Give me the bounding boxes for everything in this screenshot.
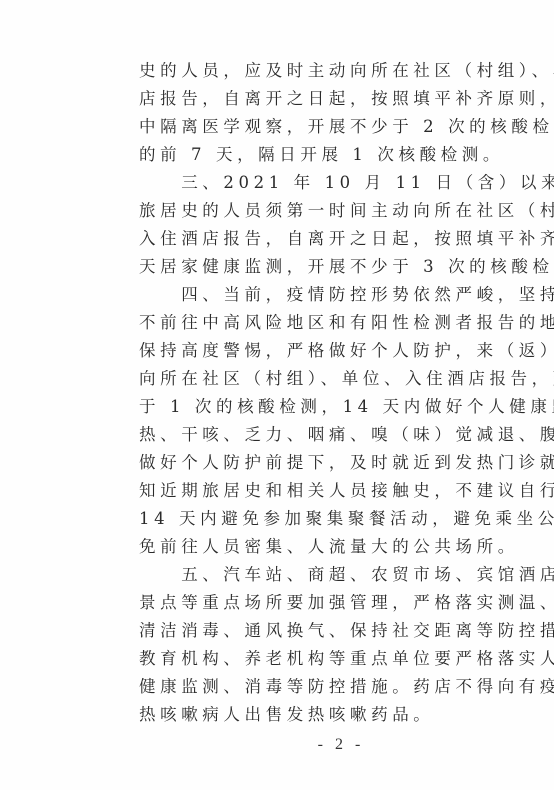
section-five-heading-line: 五、汽车站、商超、农贸市场、宾馆酒店、餐馆、旅游 <box>139 561 539 589</box>
text-line: 史的人员，应及时主动向所在社区（村组）、单位、入住酒 <box>139 57 539 85</box>
text-line: 教育机构、养老机构等重点单位要严格落实人员进出管理、 <box>139 645 539 673</box>
text-line: 天居家健康监测，开展不少于 3 次的核酸检测。 <box>139 253 539 281</box>
document-page: 史的人员，应及时主动向所在社区（村组）、单位、入住酒 店报告，自离开之日起，按照… <box>0 0 554 790</box>
text-line: 免前往人员密集、人流量大的公共场所。 <box>139 533 539 561</box>
text-line: 知近期旅居史和相关人员接触史，不建议自行购买药物服用。 <box>139 477 539 505</box>
page-number: - 2 - <box>0 736 554 754</box>
text-line: 于 1 次的核酸检测，14 天内做好个人健康监测，一旦出现发 <box>139 393 539 421</box>
text-line: 景点等重点场所要加强管理，严格落实测温、扫码、戴口罩、 <box>139 589 539 617</box>
text-line: 14 天内避免参加聚集聚餐活动，避免乘坐公共交通工具，避 <box>139 505 539 533</box>
text-line: 热咳嗽病人出售发热咳嗽药品。 <box>139 701 539 729</box>
text-line: 保持高度警惕，严格做好个人防护，来（返）浮梁后应主动 <box>139 337 539 365</box>
section-four-heading-line: 四、当前，疫情防控形势依然严峻，坚持非必需不出境， <box>139 281 539 309</box>
text-line: 入住酒店报告，自离开之日起，按照填平补齐原则，实行 7 <box>139 225 539 253</box>
text-line: 健康监测、消毒等防控措施。药店不得向有疫区旅居史的发 <box>139 673 539 701</box>
text-line: 清洁消毒、通风换气、保持社交距离等防控措施。医疗机构、 <box>139 617 539 645</box>
document-body: 史的人员，应及时主动向所在社区（村组）、单位、入住酒 店报告，自离开之日起，按照… <box>139 57 539 729</box>
text-line: 向所在社区（村组）、单位、入住酒店报告，建议开展不少 <box>139 365 539 393</box>
text-line: 的前 7 天，隔日开展 1 次核酸检测。 <box>139 141 539 169</box>
text-line: 热、干咳、乏力、咽痛、嗅（味）觉减退、腹泻等症状，在 <box>139 421 539 449</box>
text-line: 中隔离医学观察，开展不少于 2 次的核酸检测。集中隔离期 <box>139 113 539 141</box>
section-three-heading-line: 三、2021 年 10 月 11 日（含）以来有上饶市（除铅山县） <box>139 169 539 197</box>
text-line: 做好个人防护前提下，及时就近到发热门诊就诊，并主动告 <box>139 449 539 477</box>
text-line: 店报告，自离开之日起，按照填平补齐原则，实行 14 天集 <box>139 85 539 113</box>
text-line: 不前往中高风险地区和有阳性检测者报告的地区。外出时应 <box>139 309 539 337</box>
text-line: 旅居史的人员须第一时间主动向所在社区（村组）、单位、 <box>139 197 539 225</box>
